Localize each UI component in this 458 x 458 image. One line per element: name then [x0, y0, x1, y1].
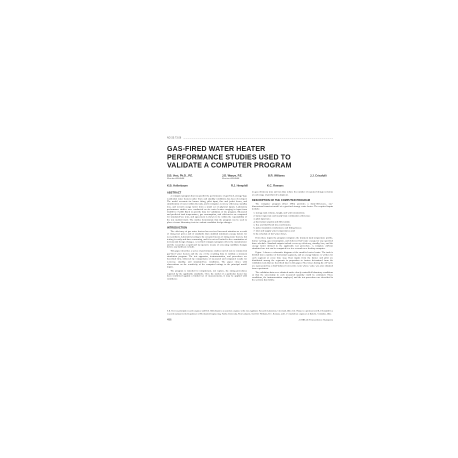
author-3: B.R. Williams [268, 174, 310, 180]
author-byline-row-1: S.B. Vest, Ph.D., P.E. Member ASHRAE J.D… [167, 174, 333, 180]
abstract-heading: ABSTRACT [167, 191, 247, 194]
document-code: NO.50.73.06 [167, 137, 183, 139]
program-description-paragraph: Figure 1 shows a schematic diagram of th… [252, 251, 333, 269]
author-1: S.B. Vest, Ph.D., P.E. Member ASHRAE [167, 174, 222, 180]
introduction-paragraph: The efficiency of gas water heaters has … [167, 230, 247, 248]
author-2: J.D. Wanye, P.E. Member ASHRAE [222, 174, 268, 180]
title-line-3: VALIDATE A COMPUTER PROGRAM [167, 161, 333, 169]
title-line-1: GAS-FIRED WATER HEATER [167, 145, 333, 153]
abstract-text: A computer program that can predict the … [167, 195, 247, 224]
program-description-paragraph: From these inputs the program computes t… [252, 237, 333, 250]
page-number: 496 [167, 318, 171, 321]
author-affiliation: Member ASHRAE [222, 177, 268, 179]
author-byline-row-2: K.B. Hollerbaum R.J. Hemphill K.C. Roman… [167, 184, 333, 187]
continuation-paragraph: to gas efficiency tests and can thus red… [252, 191, 333, 196]
document-code-row: NO.50.73.06 [167, 136, 333, 139]
author-6: R.J. Hemphill [231, 184, 267, 187]
author-4: J.J. Crisafulli [310, 174, 333, 180]
journal-title: ASHRAE Transactions: Symposia [299, 318, 333, 321]
left-column: ABSTRACT A computer program that can pre… [167, 191, 247, 307]
author-5: K.B. Hollerbaum [167, 184, 231, 187]
program-description-paragraph: The validation data were obtained under … [252, 271, 333, 282]
author-7: K.C. Romans [267, 184, 333, 187]
program-description-paragraph: The computer program (Paul 1993) provide… [252, 203, 333, 211]
title-line-2: PERFORMANCE STUDIES USED TO [167, 153, 333, 161]
scanned-paper-page: NO.50.73.06 GAS-FIRED WATER HEATER PERFO… [167, 136, 333, 321]
introduction-paragraph: This paper describes a series of perform… [167, 250, 247, 268]
program-description-heading: DESCRIPTION OF THE COMPUTER PROGRAM [252, 199, 333, 202]
program-inputs-list: 1. storage tank volume, height, and wall… [252, 212, 333, 235]
author-name: J.J. Crisafulli [310, 174, 333, 177]
scan-canvas: NO.50.73.06 GAS-FIRED WATER HEATER PERFO… [0, 0, 458, 458]
right-column: to gas efficiency tests and can thus red… [252, 191, 333, 307]
author-name: B.R. Williams [268, 174, 310, 177]
introduction-heading: INTRODUCTION [167, 226, 247, 229]
two-column-body: ABSTRACT A computer program that can pre… [167, 191, 333, 307]
author-affiliation-footnote: S.B. Vest is a principal research engine… [167, 310, 333, 315]
list-item: 8. the schedule of hot-water draws. [252, 233, 333, 236]
paper-title: GAS-FIRED WATER HEATER PERFORMANCE STUDI… [167, 145, 333, 170]
author-affiliation: Member ASHRAE [167, 177, 222, 179]
page-footer: 496 ASHRAE Transactions: Symposia [167, 318, 333, 321]
introduction-paragraph: The program is intended to complement, n… [167, 270, 247, 281]
